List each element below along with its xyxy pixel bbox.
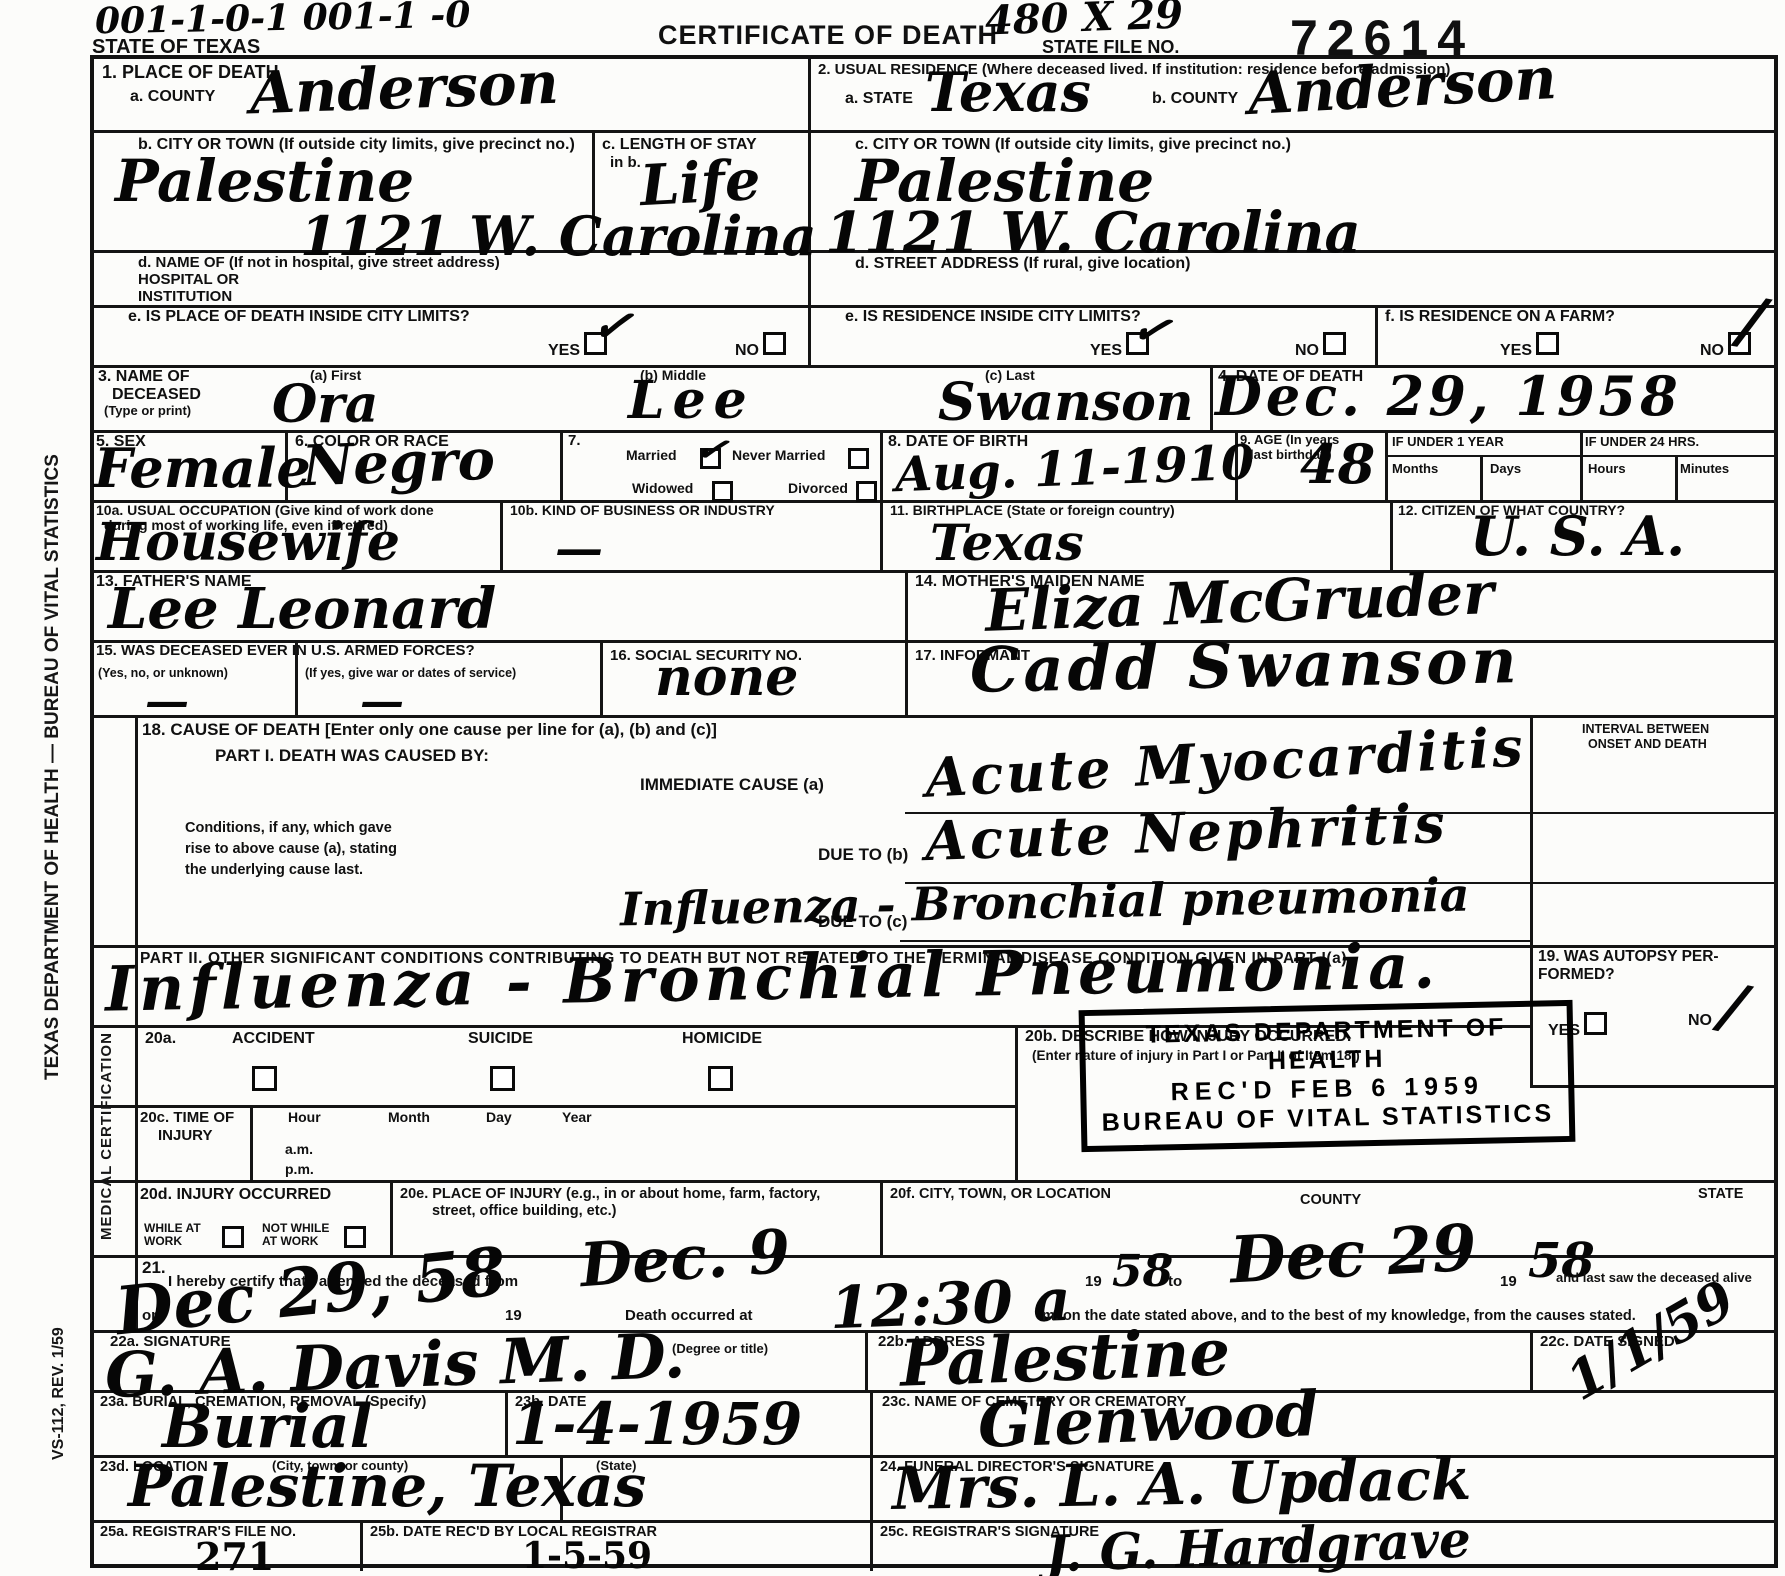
day-label: Day (486, 1110, 512, 1126)
hour-label: Hour (288, 1110, 321, 1126)
armed-forces-value2: — (360, 682, 404, 722)
while-at-work-checkbox (222, 1226, 244, 1253)
left-margin-department-text: TEXAS DEPARTMENT OF HEALTH — BUREAU OF V… (42, 240, 64, 1080)
time-of-injury-label2: INJURY (158, 1128, 212, 1145)
place-of-injury-label: 20e. PLACE OF INJURY (e.g., in or about … (400, 1186, 820, 1202)
county-label: a. COUNTY (130, 88, 215, 106)
if-under-24-hrs-label: IF UNDER 24 HRS. (1585, 435, 1699, 450)
hours-label: Hours (1588, 462, 1626, 477)
occupation-value: Housewife (96, 520, 400, 567)
degree-or-title-label: (Degree or title) (672, 1342, 768, 1357)
birthplace-value: Texas (930, 520, 1084, 565)
name-of-deceased-label: 3. NAME OF (98, 368, 190, 386)
if-under-1-year-label: IF UNDER 1 YEAR (1392, 435, 1504, 450)
armed-forces-label: 15. WAS DECEASED EVER IN U.S. ARMED FORC… (96, 643, 475, 660)
attended-from-year: 58 (1112, 1252, 1173, 1292)
certify-19-b: 19 (1500, 1274, 1517, 1291)
funeral-director-signature: Mrs. L. A. Updack (892, 1453, 1472, 1515)
burial-cremation-value: Burial (162, 1400, 372, 1454)
injury-city-label: 20f. CITY, TOWN, OR LOCATION (890, 1186, 1111, 1202)
residence-city-limits-yes: YES ✓ (1090, 332, 1149, 360)
residence-farm-label: f. IS RESIDENCE ON A FARM? (1385, 308, 1615, 326)
suicide-checkbox (490, 1066, 515, 1096)
residence-city-limits-no: NO (1295, 332, 1346, 360)
interval-label2: ONSET AND DEATH (1588, 737, 1707, 751)
pm-label: p.m. (285, 1162, 314, 1178)
residence-state-label: a. STATE (845, 90, 913, 108)
hospital-name-label3: INSTITUTION (138, 289, 232, 306)
attended-to-value: Dec 29 (1229, 1220, 1478, 1290)
certify-19-a: 19 (1085, 1274, 1102, 1291)
certificate-title: CERTIFICATE OF DEATH (658, 20, 998, 50)
business-industry-value: — (555, 528, 603, 571)
never-married-checkbox (848, 448, 869, 474)
middle-name-value: Lee (628, 378, 755, 425)
married-label: Married (626, 448, 677, 464)
due-to-c-value: Influenza - Bronchial pneumonia (620, 875, 1470, 931)
time-of-injury-label: 20c. TIME OF (140, 1110, 234, 1127)
widowed-label: Widowed (632, 481, 693, 497)
not-while-at-work-label2: AT WORK (262, 1235, 318, 1248)
handwritten-index-code: 001-1-0-1 001-1 -0 (95, 0, 471, 38)
marital-status-number: 7. (568, 433, 581, 450)
death-city-limits-label: e. IS PLACE OF DEATH INSIDE CITY LIMITS? (128, 308, 470, 326)
death-city-limits-yes: YES ✓ (548, 332, 607, 360)
conditions-note: Conditions, if any, which gave rise to a… (185, 818, 410, 881)
street-address-value: 1121 W. Carolina (825, 208, 1361, 258)
form-revision-text: VS-112, REV. 1/59 (50, 1180, 68, 1460)
residence-farm-yes: YES (1500, 332, 1559, 360)
residence-county-value: Anderson (1247, 52, 1558, 120)
am-label: a.m. (285, 1142, 313, 1158)
length-of-stay-value: Life (639, 155, 762, 212)
month-label: Month (388, 1110, 430, 1126)
county-value: Anderson (249, 57, 559, 120)
stamp-line-1: TEXAS DEPARTMENT OF HEALTH (1089, 1012, 1564, 1080)
length-of-stay-label2: in b. (610, 155, 641, 172)
name-of-deceased-label2: DECEASED (112, 386, 201, 404)
received-stamp: TEXAS DEPARTMENT OF HEALTH REC'D FEB 6 1… (1079, 1000, 1576, 1152)
burial-location-city: Palestine, (128, 1460, 447, 1512)
year-label: Year (562, 1110, 592, 1126)
divorced-label: Divorced (788, 481, 848, 497)
date-recd-value: 1-5-59 (522, 1540, 652, 1572)
citizen-value: U. S. A. (1470, 512, 1685, 561)
accident-label: ACCIDENT (232, 1030, 315, 1048)
autopsy-label2: FORMED? (1538, 966, 1615, 983)
never-married-label: Never Married (732, 448, 825, 464)
hospital-name-value: 1121 W. Carolina (300, 212, 817, 261)
attended-from-value: Dec. 9 (578, 1225, 792, 1294)
registrar-file-no-value: 271 (195, 1540, 274, 1574)
due-to-b-label: DUE TO (b) (818, 845, 908, 864)
due-to-b-value: Acute Nephritis (924, 799, 1448, 866)
certify-to: to (1168, 1274, 1182, 1291)
married-checkbox: ✓ (700, 448, 721, 474)
minutes-label: Minutes (1680, 462, 1729, 477)
name-of-deceased-label3: (Type or print) (104, 404, 191, 419)
death-certificate-scan: 001-1-0-1 001-1 -0 STATE OF TEXAS CERTIF… (0, 0, 1785, 1576)
burial-location-state: Texas (468, 1460, 646, 1512)
handwritten-note: 480 X 29 (984, 0, 1183, 39)
date-of-death-value: Dec. 29, 1958 (1215, 372, 1682, 421)
informant-value: Cadd Swanson (970, 633, 1521, 698)
residence-farm-no: NO ∕ (1700, 332, 1751, 360)
injury-occurred-label: 20d. INJURY OCCURRED (140, 1186, 331, 1204)
cause-of-death-title: 18. CAUSE OF DEATH [Enter only one cause… (142, 720, 717, 739)
suicide-label: SUICIDE (468, 1030, 533, 1048)
homicide-label: HOMICIDE (682, 1030, 762, 1048)
days-label: Days (1490, 462, 1521, 477)
autopsy-no: NO ∕ (1688, 1012, 1712, 1030)
accident-row-number: 20a. (145, 1030, 176, 1048)
months-label: Months (1392, 462, 1438, 477)
burial-date-value: 1-4-1959 (512, 1398, 802, 1450)
color-or-race-value: Negro (301, 435, 495, 492)
interval-label: INTERVAL BETWEEN (1582, 722, 1709, 736)
check-icon: ✓ (588, 295, 636, 356)
armed-forces-sub2: (If yes, give war or dates of service) (305, 666, 516, 680)
residence-county-label: b. COUNTY (1152, 90, 1238, 108)
sex-value: Female (94, 444, 311, 493)
social-security-value: none (655, 655, 798, 702)
accident-checkbox (252, 1066, 277, 1096)
immediate-cause-label: IMMEDIATE CAUSE (a) (640, 775, 824, 794)
place-of-injury-label2: street, office building, etc.) (432, 1203, 617, 1219)
homicide-checkbox (708, 1066, 733, 1096)
residence-city-limits-label: e. IS RESIDENCE INSIDE CITY LIMITS? (845, 308, 1141, 326)
death-city-limits-no: NO (735, 332, 786, 360)
age-value: 48 (1300, 440, 1375, 489)
residence-state-value: Texas (925, 68, 1091, 117)
date-of-birth-value: Aug. 11-1910 (894, 442, 1255, 498)
certify-text-2: and last saw the deceased alive (1556, 1270, 1771, 1287)
injury-county-label: COUNTY (1300, 1192, 1361, 1208)
divorced-checkbox (856, 481, 877, 507)
last-name-value: Swanson (938, 380, 1194, 427)
while-at-work-label2: WORK (144, 1235, 182, 1248)
cemetery-value: Glenwood (977, 1386, 1319, 1454)
registrar-signature-value: J. G. Hardgrave (1044, 1517, 1471, 1576)
armed-forces-value1: — (145, 682, 189, 722)
city-or-town-value: Palestine (115, 155, 414, 207)
first-name-value: Ora (272, 382, 378, 429)
part2-value: Influenza - Bronchial Pneumonia. (105, 938, 1441, 1017)
part1-label: PART I. DEATH WAS CAUSED BY: (215, 746, 489, 765)
certify-19-c: 19 (505, 1308, 522, 1325)
autopsy-label: 19. WAS AUTOPSY PER- (1538, 948, 1719, 965)
hospital-name-label2: HOSPITAL OR (138, 272, 239, 289)
fathers-name-value: Lee Leonard (108, 584, 496, 634)
business-industry-label: 10b. KIND OF BUSINESS OR INDUSTRY (510, 503, 775, 519)
injury-state-label: STATE (1698, 1186, 1743, 1202)
